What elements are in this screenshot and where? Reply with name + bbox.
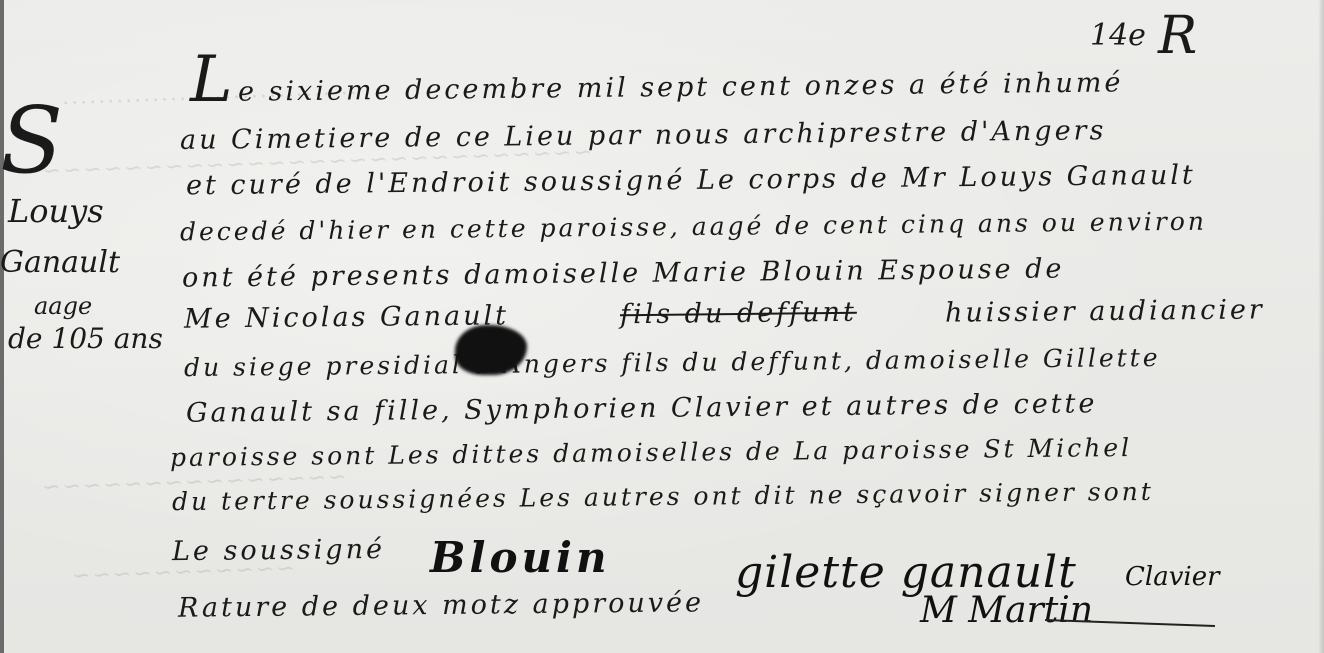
margin-note-surname: Ganault	[0, 245, 120, 280]
text-line-2: au Cimetiere de ce Lieu par nous archipr…	[180, 115, 1107, 156]
signature-martin: M Martin	[920, 590, 1093, 631]
text-line-4: decedé d'hier en cette paroisse, aagé de…	[180, 207, 1207, 247]
text-line-6a: Me Nicolas Ganault	[184, 300, 509, 334]
text-line-9: paroisse sont Les dittes damoiselles de …	[170, 433, 1132, 472]
text-line-6b: huissier audiancier	[945, 294, 1265, 328]
margin-initial: S	[0, 95, 63, 187]
drop-cap: L	[190, 48, 233, 112]
signature-clavier: Clavier	[1125, 562, 1220, 592]
text-line-8: Ganault sa fille, Symphorien Clavier et …	[186, 388, 1098, 429]
text-line-11: Le soussigné	[172, 534, 385, 567]
margin-note-name: Louys	[8, 192, 104, 230]
margin-note-age: de 105 ans	[8, 322, 163, 355]
text-line-1: e sixieme decembre mil sept cent onzes a…	[238, 67, 1124, 107]
folio-number: 14e	[1090, 18, 1146, 53]
signature-blouin: Blouin	[430, 533, 611, 582]
document-page: ................................. ~~~~~~…	[0, 0, 1324, 653]
page-right-edge	[1318, 0, 1324, 653]
folio-mark: R	[1158, 6, 1197, 66]
margin-note-age-label: aage	[34, 292, 92, 320]
text-line-12: Rature de deux motz approuvée	[178, 587, 704, 624]
text-line-5: ont été presents damoiselle Marie Blouin…	[182, 253, 1065, 293]
text-line-6-struck: fils du deffunt	[620, 297, 857, 330]
text-line-7: du siege presidial d'Angers fils du deff…	[184, 343, 1161, 382]
